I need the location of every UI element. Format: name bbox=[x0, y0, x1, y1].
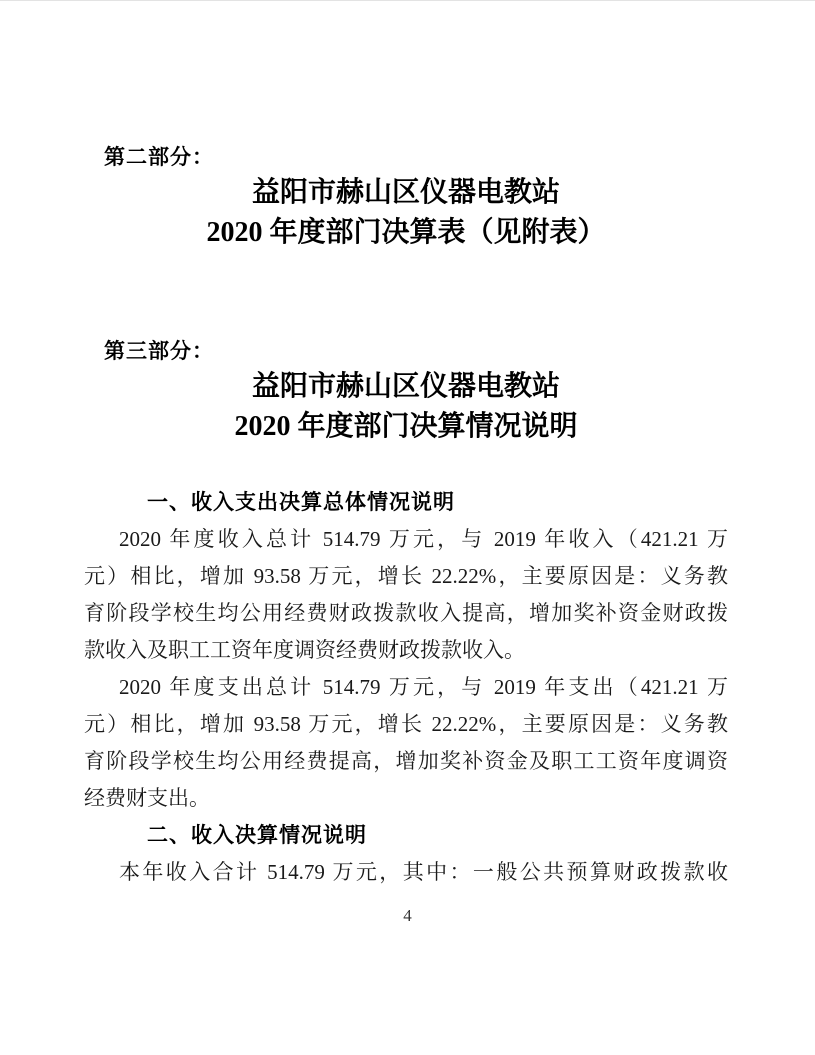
text-line: 元）相比，增加 93.58 万元，增长 22.22%，主要原因是：义务教 bbox=[84, 706, 728, 743]
part3-title-line2: 2020 年度部门决算情况说明 bbox=[84, 407, 728, 447]
part3-title: 益阳市赫山区仪器电教站 2020 年度部门决算情况说明 bbox=[84, 367, 728, 447]
part2-label: 第二部分： bbox=[84, 143, 728, 173]
text-line: 款收入及职工工资年度调资经费财政拨款收入。 bbox=[84, 632, 728, 669]
part3-label: 第三部分： bbox=[84, 337, 728, 367]
part2-title: 益阳市赫山区仪器电教站 2020 年度部门决算表（见附表） bbox=[84, 173, 728, 253]
text-line: 2020 年度收入总计 514.79 万元，与 2019 年收入（421.21 … bbox=[84, 521, 728, 558]
part3-title-line1: 益阳市赫山区仪器电教站 bbox=[84, 367, 728, 407]
text-line: 2020 年度支出总计 514.79 万元，与 2019 年支出（421.21 … bbox=[84, 669, 728, 706]
document-content: 第二部分： 益阳市赫山区仪器电教站 2020 年度部门决算表（见附表） 第三部分… bbox=[0, 0, 815, 891]
paragraph-income-detail: 本年收入合计 514.79 万元，其中：一般公共预算财政拨款收 bbox=[84, 854, 728, 891]
text-line: 元）相比，增加 93.58 万元，增长 22.22%，主要原因是：义务教 bbox=[84, 558, 728, 595]
paragraph-income: 2020 年度收入总计 514.79 万元，与 2019 年收入（421.21 … bbox=[84, 521, 728, 669]
body-text: 一、收入支出决算总体情况说明 2020 年度收入总计 514.79 万元，与 2… bbox=[84, 484, 728, 891]
page-number: 4 bbox=[0, 906, 815, 926]
text-line: 经费财支出。 bbox=[84, 780, 728, 817]
document-page: 第二部分： 益阳市赫山区仪器电教站 2020 年度部门决算表（见附表） 第三部分… bbox=[0, 0, 815, 1055]
section2-heading: 二、收入决算情况说明 bbox=[84, 817, 728, 854]
section1-heading: 一、收入支出决算总体情况说明 bbox=[84, 484, 728, 521]
paragraph-expenditure: 2020 年度支出总计 514.79 万元，与 2019 年支出（421.21 … bbox=[84, 669, 728, 817]
part2-title-line1: 益阳市赫山区仪器电教站 bbox=[84, 173, 728, 213]
text-line: 本年收入合计 514.79 万元，其中：一般公共预算财政拨款收 bbox=[84, 854, 728, 891]
text-line: 育阶段学校生均公用经费提高，增加奖补资金及职工工资年度调资 bbox=[84, 743, 728, 780]
part2-title-line2: 2020 年度部门决算表（见附表） bbox=[84, 213, 728, 253]
text-line: 育阶段学校生均公用经费财政拨款收入提高，增加奖补资金财政拨 bbox=[84, 595, 728, 632]
